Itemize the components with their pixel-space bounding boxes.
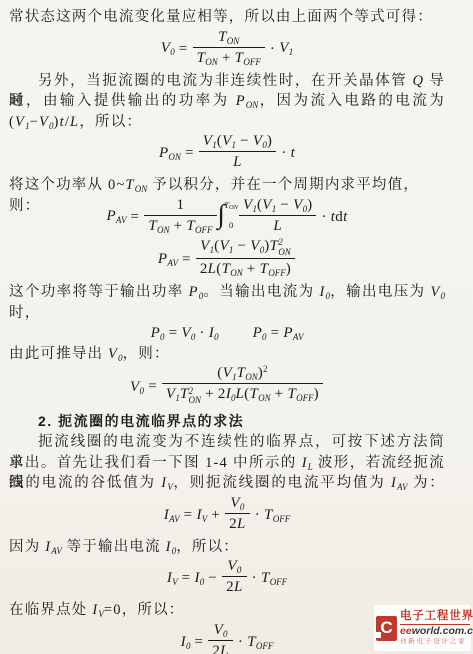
math-token: ) — [286, 261, 291, 277]
math-token: · — [248, 570, 261, 586]
math-token: V1 — [223, 365, 237, 381]
math-token: 2 — [212, 643, 220, 654]
math-token: = — [126, 208, 143, 224]
math-token: I0 — [319, 284, 330, 300]
math-token: = — [178, 570, 195, 586]
math-token: t — [291, 145, 295, 161]
text-run: 。当输出电流为 — [203, 284, 319, 300]
math-token: P0 — [151, 325, 165, 341]
paragraph-line: 将这个功率从 0~TON 予以积分，并在一个周期内求平均值，则： — [9, 175, 445, 196]
text-run: 在临界点处 — [9, 602, 92, 618]
page-content: 常状态这两个电流变化量应相等，所以由上面两个等式可得：V0 = TONTON +… — [0, 0, 473, 654]
denominator: 2L — [222, 577, 246, 596]
numerator: TON — [193, 28, 265, 48]
math-token: + 2 — [201, 386, 226, 402]
domain-rest: world.com.cn — [412, 625, 473, 637]
math-token: + — [218, 50, 235, 66]
text-run: ，所以： — [176, 539, 239, 555]
math-token: 2 — [229, 516, 237, 532]
math-token: V0 — [214, 622, 228, 638]
math-token: = — [181, 145, 198, 161]
formula: IAV = IV + V02L · TOFF — [9, 496, 445, 535]
subscript: ON — [278, 248, 291, 258]
fraction: V02L — [225, 494, 249, 533]
fraction: V02L — [222, 557, 246, 596]
logo-letter: C — [380, 618, 392, 637]
math-token: I0 — [226, 386, 236, 402]
math-token: = — [267, 325, 284, 341]
watermark-text: 电子工程世界 eeworld.com.cn 创新电子设计之家 — [400, 610, 470, 646]
math-token: )2 — [258, 365, 268, 381]
math-token: TON — [218, 29, 239, 45]
math-token: IV — [197, 507, 208, 523]
numerator: 1 — [144, 196, 216, 216]
math-token: L — [70, 114, 79, 130]
text-run: ，因为流入电路的电流为 — [258, 93, 445, 109]
math-token: = — [178, 251, 195, 267]
paragraph-line: 这个功率将等于输出功率 P0。当输出电流为 I0，输出电压为 V0 — [9, 282, 445, 303]
text-run: 圈的电流的谷低值为 — [9, 475, 161, 491]
denominator: 2L(TON + TOFF) — [196, 259, 295, 278]
fraction: 1TON + TOFF — [144, 196, 216, 235]
math-token: T2ON — [270, 238, 291, 254]
math-token: I0 — [194, 570, 204, 586]
paragraph-line: 时，由输入提供输出的功率为 PON，因为流入电路的电流为 — [9, 91, 445, 112]
fraction: V02L — [208, 621, 232, 654]
domain-ee: ee — [400, 625, 412, 637]
denominator: TON + TOFF — [193, 48, 265, 67]
denominator: TON + TOFF — [144, 216, 216, 235]
math-token: PON — [236, 93, 259, 109]
math-token: IL — [302, 455, 313, 471]
formula: P0 = V0 · I0P0 = PAV — [9, 325, 445, 342]
math-token: TON — [224, 200, 238, 210]
text-run: 由此可推导出 — [9, 346, 108, 362]
fraction: V1(V1 − V0)L — [199, 132, 276, 171]
math-token: + — [243, 261, 260, 277]
math-token: V0 — [253, 133, 267, 149]
math-token: IV — [92, 602, 104, 618]
text-run: ，输出电压为 — [330, 284, 430, 300]
text-run: 时，由输入提供输出的功率为 — [9, 93, 236, 109]
math-token: I0 — [209, 325, 219, 341]
numerator: V1(V1 − V0)T2ON — [196, 237, 295, 260]
math-token: V1 — [279, 40, 293, 56]
denominator: 2L — [208, 641, 232, 654]
math-token: L — [273, 218, 282, 234]
math-token: T2ON — [180, 386, 201, 402]
paragraph-line: 另外，当扼流圈的电流为非连续性时，在开关晶体管 Q 导通 — [9, 71, 445, 92]
book-page: 常状态这两个电流变化量应相等，所以由上面两个等式可得：V0 = TONTON +… — [0, 0, 473, 654]
math-token: TOFF — [235, 50, 261, 66]
math-token: + — [207, 507, 224, 523]
math-token: V1 — [222, 133, 236, 149]
text-run: ，所以： — [122, 602, 185, 618]
math-token: − — [236, 133, 253, 149]
text-run: 时， — [9, 305, 40, 321]
text-run: 求出。首先让我们看一下图 1-4 中所示的 — [9, 455, 302, 471]
math-token: + — [170, 218, 187, 234]
math-token: V0 — [430, 284, 445, 300]
math-token: · — [195, 325, 208, 341]
math-token: V0 — [227, 558, 241, 574]
math-token: − — [204, 570, 221, 586]
text-run: 这个功率将等于输出功率 — [9, 284, 189, 300]
integral: ∫TON0 — [218, 204, 238, 226]
formula: IV = I0 − V02L · TOFF — [9, 559, 445, 598]
math-token: · — [266, 40, 279, 56]
math-token: = — [180, 507, 197, 523]
paragraph-line: (V1−V0)t/L，所以： — [9, 112, 445, 133]
math-token: V1 — [219, 238, 233, 254]
math-token: P0 — [253, 325, 267, 341]
numerator: V1(V1 − V0) — [199, 132, 276, 152]
math-token: TOFF — [186, 218, 212, 234]
math-token: V1 — [15, 114, 30, 130]
math-token: L — [220, 643, 229, 654]
math-token: L — [234, 579, 243, 595]
math-token: V1 — [166, 386, 180, 402]
math-token: · — [317, 208, 330, 224]
text-run: 2. 扼流圈的电流临界点的求法 — [38, 413, 244, 429]
math-token: t — [343, 208, 347, 224]
fraction: V1(V1 − V0)T2ON2L(TON + TOFF) — [196, 237, 295, 279]
text-run: 因为 — [9, 539, 45, 555]
math-token: ) — [267, 133, 272, 149]
denominator: L — [239, 216, 316, 235]
numerator: V1(V1 − V0) — [239, 196, 316, 216]
fraction: TONTON + TOFF — [193, 28, 265, 67]
math-token: =0 — [104, 602, 122, 618]
text-run: 另外，当扼流圈的电流为非连续性时，在开关晶体管 — [38, 73, 412, 89]
formula: PON = V1(V1 − V0)L · t — [9, 134, 445, 173]
eeworld-watermark: C 电子工程世界 eeworld.com.cn 创新电子设计之家 — [374, 605, 471, 651]
eeworld-logo-icon: C — [376, 616, 397, 641]
section-heading: 2. 扼流圈的电流临界点的求法 — [9, 410, 445, 432]
paragraph-line: 常状态这两个电流变化量应相等，所以由上面两个等式可得： — [9, 7, 445, 28]
integral-limits: TON0 — [224, 207, 238, 224]
math-token: · — [251, 507, 264, 523]
logo-notch — [376, 632, 381, 638]
math-token: TON — [197, 50, 218, 66]
math-token: V1 — [243, 197, 257, 213]
numerator: V0 — [222, 557, 246, 577]
math-token: Q — [412, 73, 424, 89]
math-token: + — [271, 386, 288, 402]
math-token: 0 — [229, 220, 233, 230]
math-token: PAV — [106, 208, 126, 224]
paragraph-line: 因为 IAV 等于输出电流 I0，所以： — [9, 537, 445, 558]
math-token: 2 — [200, 261, 208, 277]
math-token: PAV — [158, 251, 178, 267]
math-token: V0 — [108, 346, 123, 362]
math-token: V1 — [262, 197, 276, 213]
math-token: L — [237, 516, 246, 532]
math-token: V1 — [203, 133, 217, 149]
math-token: TOFF — [260, 261, 286, 277]
math-token: IAV — [45, 539, 62, 555]
paragraph-line: 圈的电流的谷低值为 IV，则扼流线圈的电流平均值为 IAV 为： — [9, 473, 445, 494]
formula: PAV = 1TON + TOFF∫TON0V1(V1 − V0)L · tdt — [9, 198, 445, 237]
fraction: V1(V1 − V0)L — [239, 196, 316, 235]
math-token: ) — [314, 386, 319, 402]
text-run: 将这个功率从 0~ — [9, 177, 126, 193]
math-token: TOFF — [247, 634, 273, 650]
denominator: V1T2ON + 2I0L(TON + TOFF) — [162, 384, 323, 406]
subscript: ON — [189, 396, 202, 406]
math-token: P0 — [189, 284, 204, 300]
math-token: IAV — [391, 475, 408, 491]
math-token: TON — [126, 177, 148, 193]
text-run: ，则扼流线圈的电流平均值为 — [173, 475, 391, 491]
math-token: V0 — [230, 495, 244, 511]
math-token: = — [165, 325, 182, 341]
math-token: · — [277, 145, 290, 161]
math-token: TON — [237, 365, 258, 381]
math-token: 2 — [226, 579, 234, 595]
math-token: I0 — [166, 539, 177, 555]
math-token: V0 — [293, 197, 307, 213]
math-token: TOFF — [261, 570, 287, 586]
math-token: V0 — [250, 238, 264, 254]
math-token: V0 — [130, 379, 144, 395]
watermark-title: 电子工程世界 — [400, 610, 470, 625]
math-token: TOFF — [288, 386, 314, 402]
math-token: V1 — [200, 238, 214, 254]
math-token: TON — [249, 386, 270, 402]
math-token: = — [190, 634, 207, 650]
math-token: I0 — [181, 634, 191, 650]
math-token: d — [335, 208, 343, 224]
math-token: PAV — [283, 325, 303, 341]
math-token: = — [144, 379, 161, 395]
math-token: − — [276, 197, 293, 213]
math-token: PON — [159, 145, 181, 161]
formula: V0 = (V1TON)2V1T2ON + 2I0L(TON + TOFF) — [9, 366, 445, 408]
paragraph-line: 求出。首先让我们看一下图 1-4 中所示的 IL 波形，若流经扼流线 — [9, 453, 445, 474]
math-token: V0 — [39, 114, 54, 130]
formula: V0 = TONTON + TOFF · V1 — [9, 30, 445, 69]
math-token: 1 — [177, 197, 185, 213]
text-run: ，所以： — [79, 114, 142, 130]
math-token: ) — [307, 197, 312, 213]
sup-sub-stack: 2ON — [189, 387, 202, 407]
lower-limit: 0 — [224, 221, 238, 230]
math-token: − — [233, 238, 250, 254]
math-token: V0 — [161, 40, 175, 56]
math-token: L — [233, 154, 242, 170]
math-token: V0 — [181, 325, 195, 341]
denominator: L — [199, 152, 276, 171]
formula: PAV = V1(V1 − V0)T2ON2L(TON + TOFF) — [9, 239, 445, 281]
text-run: 常状态这两个电流变化量应相等，所以由上面两个等式可得： — [9, 9, 433, 25]
text-run: ，则： — [123, 346, 170, 362]
sup-sub-stack: 2ON — [278, 238, 291, 258]
denominator: 2L — [225, 514, 249, 533]
math-token: = — [175, 40, 192, 56]
numerator: (V1TON)2 — [162, 364, 323, 384]
text-run: 等于输出电流 — [62, 539, 166, 555]
numerator: V0 — [208, 621, 232, 641]
math-token: IV — [167, 570, 178, 586]
math-token: IAV — [164, 507, 180, 523]
text-run: 为： — [408, 475, 445, 491]
numerator: V0 — [225, 494, 249, 514]
paragraph-line: 由此可推导出 V0，则： — [9, 344, 445, 365]
math-token: · — [234, 634, 247, 650]
math-token: L — [236, 386, 245, 402]
fraction: (V1TON)2V1T2ON + 2I0L(TON + TOFF) — [162, 364, 323, 406]
math-token: TON — [222, 261, 243, 277]
paragraph-line: 时， — [9, 303, 445, 324]
upper-limit: TON — [224, 201, 238, 210]
watermark-domain: eeworld.com.cn — [400, 625, 470, 638]
math-token: TON — [148, 218, 169, 234]
math-token: IV — [161, 475, 173, 491]
math-token: TOFF — [264, 507, 290, 523]
watermark-tagline: 创新电子设计之家 — [400, 638, 470, 646]
math-token: − — [30, 114, 39, 130]
paragraph-line: 扼流线圈的电流变为不连续性的临界点，可按下述方法简单 — [9, 432, 445, 453]
